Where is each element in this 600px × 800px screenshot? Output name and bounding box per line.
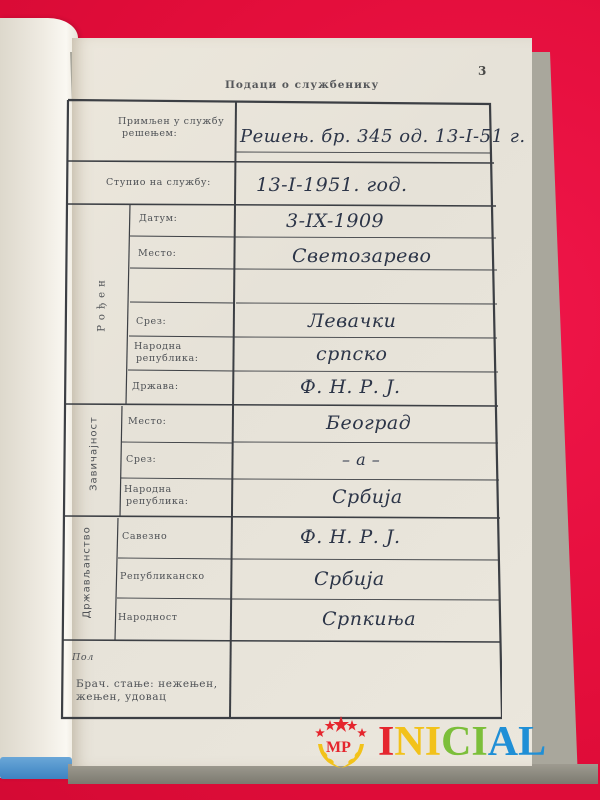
born-district-value[interactable]: Левачки — [308, 310, 396, 332]
brand-letter: L — [518, 718, 546, 766]
label-line: решењем: — [118, 128, 224, 140]
label-line: Примљен у службу — [118, 116, 224, 128]
born-place-label: Место: — [138, 248, 176, 260]
sex-label: Пол — [72, 652, 94, 664]
domicile-place-label: Место: — [128, 416, 166, 428]
domicile-republic-label: Народна република: — [124, 484, 189, 508]
label-line: Народна — [124, 484, 189, 496]
brand-letter: I — [471, 718, 487, 766]
marital-status-label: Брач. стање: нежењен, жењен, удовац — [76, 678, 218, 704]
domicile-group-label: Завичајност — [89, 414, 100, 494]
entered-service-value[interactable]: 13-I-1951. год. — [256, 174, 408, 196]
label-line: Народна — [134, 341, 199, 353]
svg-text:MP: MP — [326, 739, 351, 756]
nationality-label: Народност — [118, 612, 178, 624]
citizenship-federal-value[interactable]: Ф. Н. Р. Ј. — [300, 526, 401, 548]
born-country-value[interactable]: Ф. Н. Р. Ј. — [300, 376, 401, 398]
brand-letter: A — [488, 718, 518, 766]
domicile-district-label: Срез: — [126, 454, 156, 466]
born-country-label: Држава: — [132, 381, 179, 393]
sex-marital-value-field[interactable] — [234, 644, 496, 716]
citizenship-federal-label: Савезно — [122, 531, 167, 543]
domicile-district-value[interactable]: – а – — [342, 450, 380, 469]
label-line: република: — [134, 353, 199, 365]
inicial-watermark: MP INICIAL — [312, 712, 582, 772]
label-line: Брач. стање: нежењен, — [76, 678, 218, 691]
nationality-value[interactable]: Српкиња — [322, 608, 416, 630]
inicial-brand-text: INICIAL — [378, 718, 546, 766]
hired-by-decision-label: Примљен у службу решењем: — [118, 116, 224, 140]
born-district-label: Срез: — [136, 316, 166, 328]
page-title: Подаци о службенику — [225, 79, 379, 91]
brand-letter: I — [425, 718, 441, 766]
hired-by-decision-value[interactable]: Решењ. бр. 345 од. 13-I-51 г. — [240, 126, 526, 147]
brand-letter: N — [394, 718, 424, 766]
employee-form: Примљен у службу решењем: Решењ. бр. 345… — [60, 98, 502, 720]
blue-spine-tape — [0, 757, 72, 779]
born-republic-label: Народна република: — [134, 341, 199, 365]
page-number: 3 — [478, 64, 486, 78]
mp-emblem-icon: MP — [312, 714, 370, 770]
born-group-label: Рођен — [97, 274, 108, 334]
born-date-value[interactable]: 3-IX-1909 — [286, 210, 384, 232]
label-line: република: — [124, 496, 189, 508]
domicile-republic-value[interactable]: Србија — [332, 486, 403, 508]
citizenship-group-label: Држављанство — [82, 529, 93, 619]
born-republic-value[interactable]: српско — [316, 343, 387, 365]
citizenship-republic-label: Републиканско — [120, 571, 205, 583]
born-place-value[interactable]: Светозарево — [292, 245, 431, 267]
born-date-label: Датум: — [139, 213, 177, 225]
citizenship-republic-value[interactable]: Србија — [314, 568, 385, 590]
entered-service-label: Ступио на службу: — [106, 177, 211, 189]
label-line: жењен, удовац — [76, 691, 218, 704]
brand-letter: I — [378, 718, 394, 766]
brand-letter: C — [441, 718, 471, 766]
domicile-place-value[interactable]: Београд — [326, 412, 411, 434]
